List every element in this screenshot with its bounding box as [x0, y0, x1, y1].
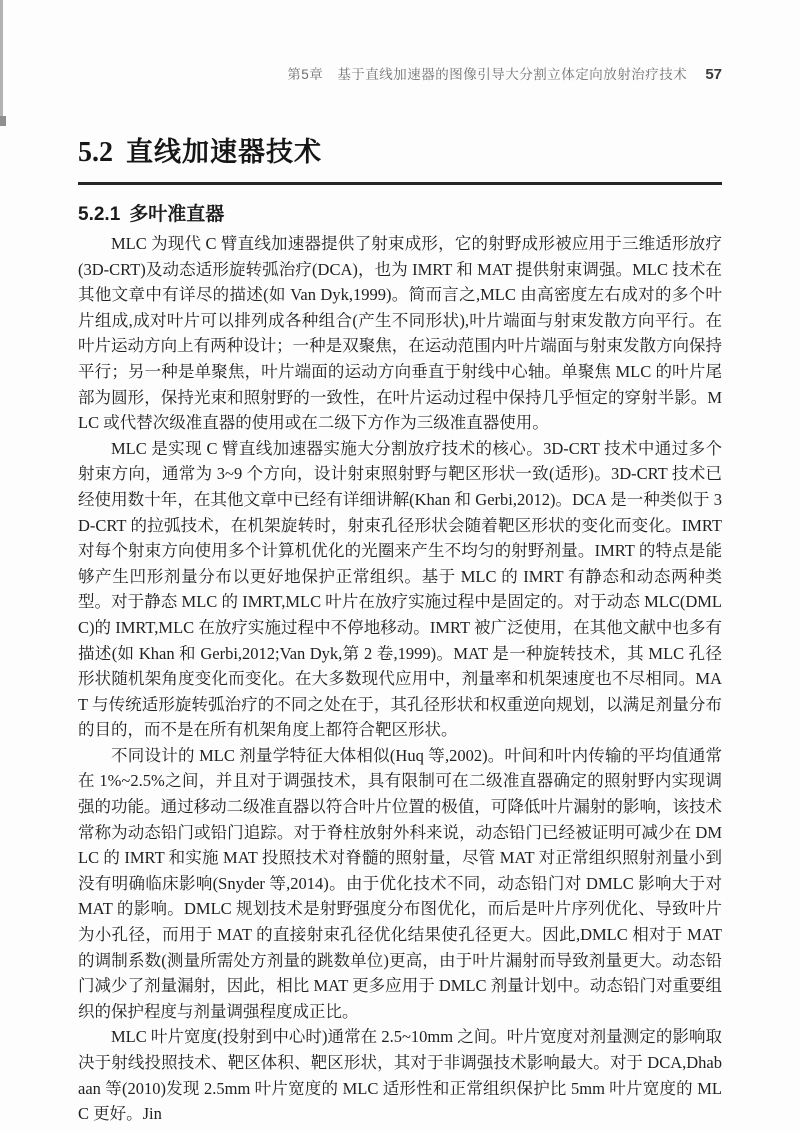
running-header: 第5章 基于直线加速器的图像引导大分割立体定向放射治疗技术 57 — [287, 63, 722, 83]
subsection-number: 5.2.1 — [78, 204, 120, 225]
chapter-label: 第5章 — [287, 63, 323, 83]
paragraph-3: 不同设计的 MLC 剂量学特征大体相似(Huq 等,2002)。叶间和叶内传输的… — [78, 743, 722, 1025]
running-header-title: 基于直线加速器的图像引导大分割立体定向放射治疗技术 — [337, 63, 687, 83]
page-edge-scan-blot — [0, 116, 6, 126]
page-number: 57 — [705, 66, 722, 83]
section-title: 直线加速器技术 — [126, 137, 322, 167]
paragraph-1: MLC 为现代 C 臂直线加速器提供了射束成形，它的射野成形被应用于三维适形放疗… — [78, 231, 722, 436]
section-heading: 5.2直线加速器技术 — [78, 130, 722, 185]
body-text: MLC 为现代 C 臂直线加速器提供了射束成形，它的射野成形被应用于三维适形放疗… — [78, 231, 722, 1127]
subsection-title: 多叶准直器 — [129, 204, 224, 225]
paragraph-2: MLC 是实现 C 臂直线加速器实施大分割放疗技术的核心。3D-CRT 技术中通… — [78, 436, 722, 743]
page-edge-scan-line — [0, 0, 3, 120]
section-number: 5.2 — [78, 137, 113, 168]
paragraph-4: MLC 叶片宽度(投射到中心时)通常在 2.5~10mm 之间。叶片宽度对剂量测… — [78, 1024, 722, 1126]
subsection-heading: 5.2.1多叶准直器 — [78, 199, 224, 226]
